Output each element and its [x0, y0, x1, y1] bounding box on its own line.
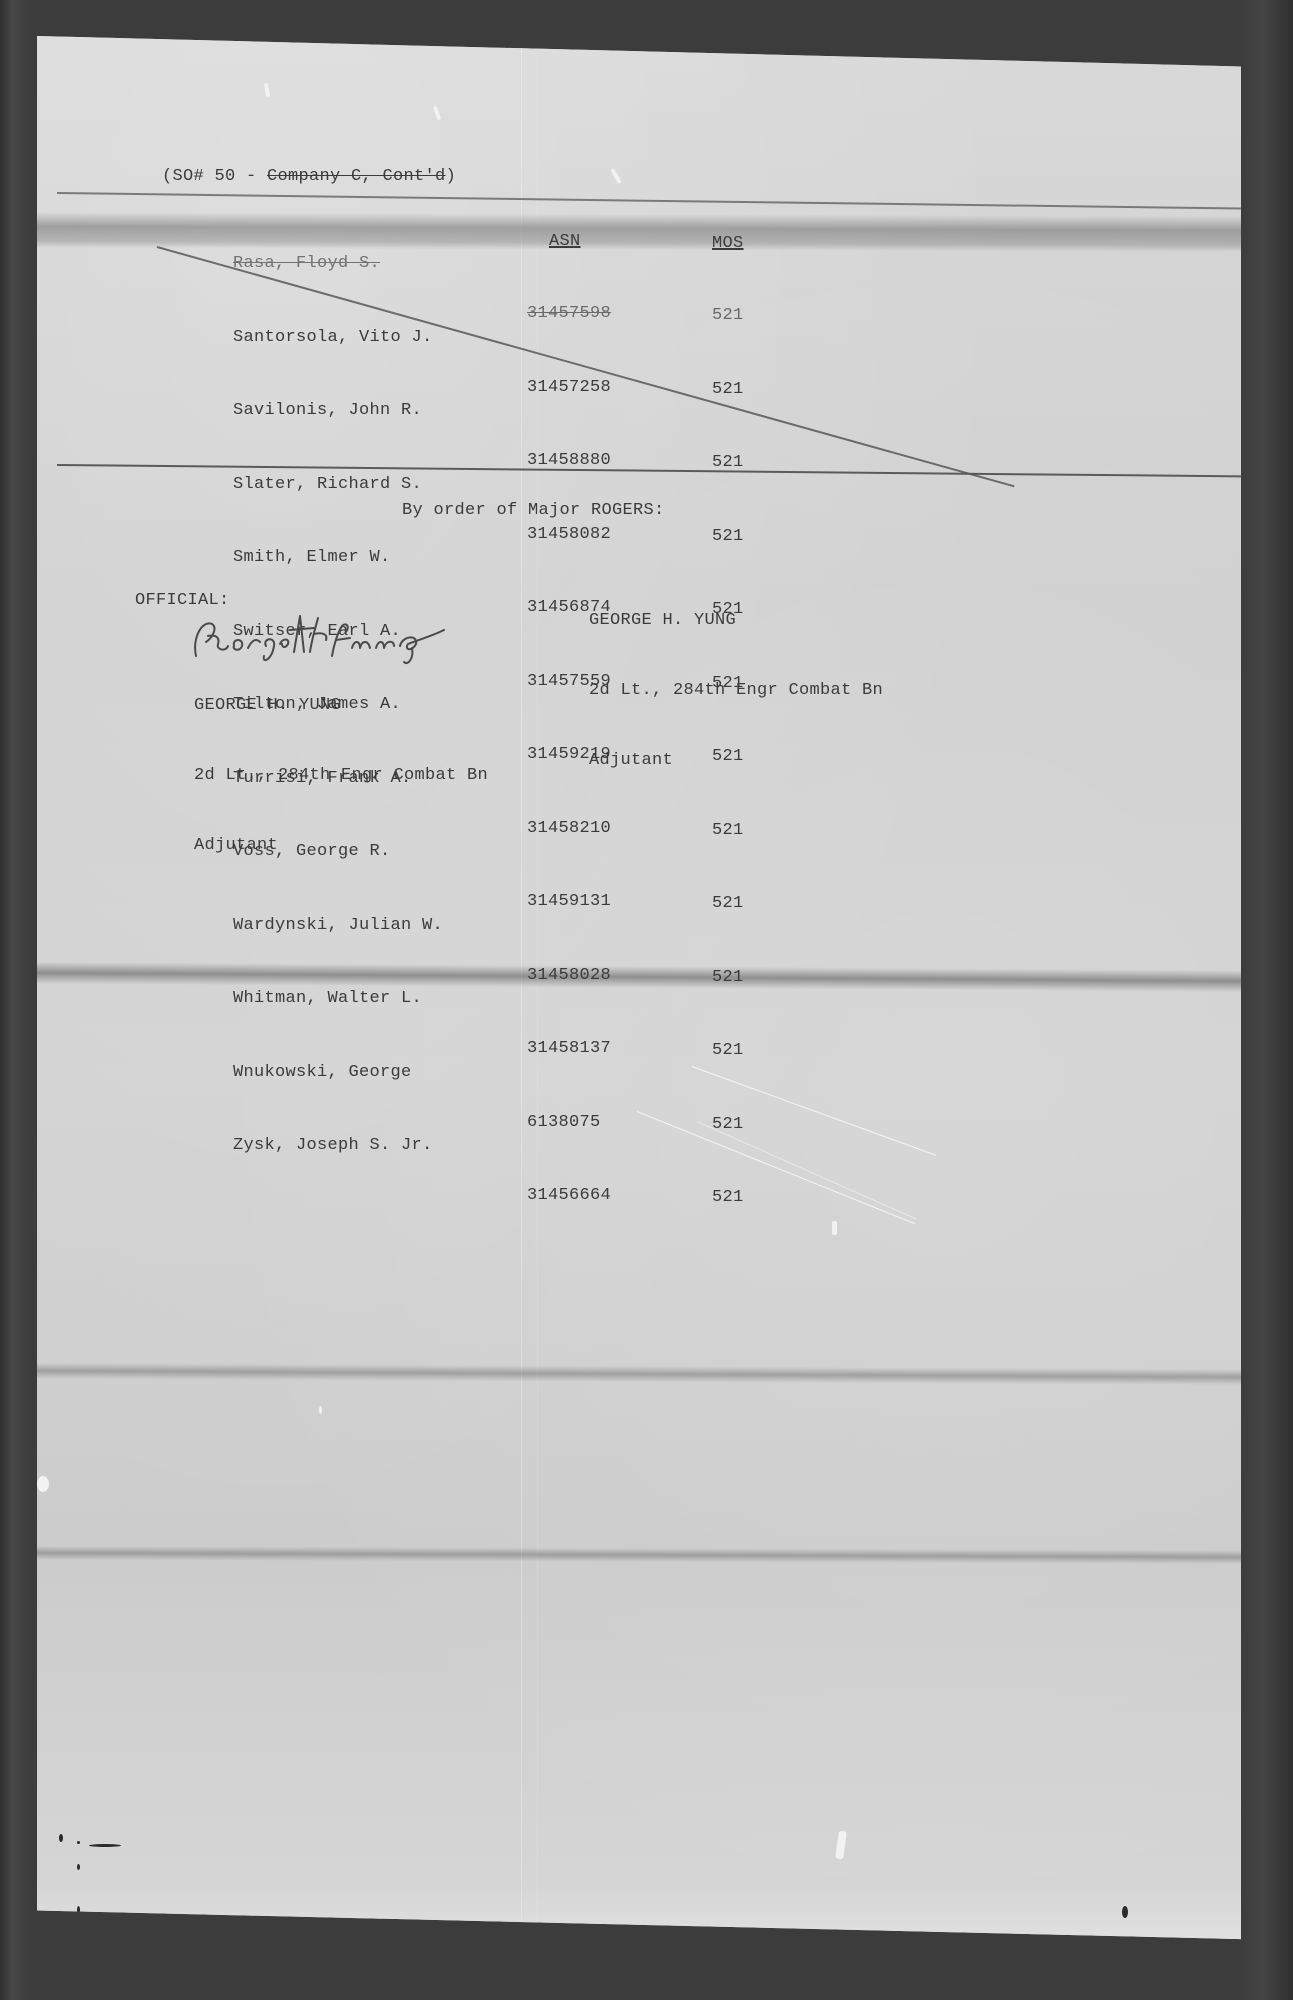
table-row-mos: 521	[712, 1186, 754, 1211]
table-row-name: Santorsola, Vito J.	[233, 326, 443, 351]
film-dust	[37, 1476, 49, 1492]
table-row-mos: 521	[712, 525, 754, 550]
table-row-mos: 521	[712, 1039, 754, 1064]
table-row-mos: 521	[712, 966, 754, 991]
signer-title: Adjutant	[589, 750, 883, 771]
film-scratch-vertical	[521, 36, 522, 1941]
document-page: (SO# 50 - Company C, Cont'd) Rasa, Floyd…	[37, 36, 1241, 1941]
official-signer-name: GEORGE H. YUNG	[194, 695, 488, 716]
heading-struck-text: Company C, Cont'd	[267, 167, 446, 186]
table-row-name: Slater, Richard S.	[233, 473, 443, 498]
order-line: By order of Major ROGERS:	[402, 499, 665, 524]
signer-rank-unit: 2d Lt., 284th Engr Combat Bn	[589, 680, 883, 701]
signer-name: GEORGE H. YUNG	[589, 610, 883, 631]
document-heading: (SO# 50 - Company C, Cont'd)	[162, 165, 456, 190]
film-dust	[1122, 1906, 1128, 1918]
table-row-asn: 31456664	[527, 1184, 611, 1209]
table-row-asn: 31458210	[527, 817, 611, 842]
table-row-asn: 31458028	[527, 964, 611, 989]
table-row-name: Smith, Elmer W.	[233, 546, 443, 571]
official-signer-title: Adjutant	[194, 835, 488, 856]
heading-prefix: (SO# 50 -	[162, 167, 267, 186]
table-row-name: Wardynski, Julian W.	[233, 914, 443, 939]
film-dust	[77, 1864, 80, 1870]
table-row-name: Savilonis, John R.	[233, 399, 443, 424]
table-row-mos: 521	[712, 1113, 754, 1138]
table-row-asn: 31457258	[527, 376, 611, 401]
official-signer-rank-unit: 2d Lt., 284th Engr Combat Bn	[194, 765, 488, 786]
paper-texture	[37, 36, 1241, 1941]
film-dust	[89, 1844, 121, 1847]
table-row-asn: 31457598	[527, 302, 611, 327]
asn-column-header: ASN	[527, 231, 611, 253]
signature-block-left: GEORGE H. YUNG 2d Lt., 284th Engr Combat…	[194, 646, 488, 905]
table-row-name: Zysk, Joseph S. Jr.	[233, 1134, 443, 1159]
table-row-name: Wnukowski, George	[233, 1061, 443, 1086]
film-dust	[832, 1221, 837, 1235]
table-row-name: Rasa, Floyd S.	[233, 252, 443, 277]
film-dust	[59, 1834, 63, 1842]
mos-column-header: MOS	[712, 233, 754, 255]
table-row-asn: 6138075	[527, 1111, 611, 1136]
signature-block-right: GEORGE H. YUNG 2d Lt., 284th Engr Combat…	[589, 561, 883, 820]
table-row-mos: 521	[712, 892, 754, 917]
table-row-asn: 31458137	[527, 1037, 611, 1062]
table-row-name: Whitman, Walter L.	[233, 987, 443, 1012]
table-row-mos: 521	[712, 304, 754, 329]
table-row-asn: 31458082	[527, 523, 611, 548]
film-dust	[319, 1406, 322, 1414]
table-row-mos: 521	[712, 378, 754, 403]
film-dust	[77, 1841, 80, 1844]
heading-suffix: )	[446, 167, 457, 186]
table-row-mos: 521	[712, 819, 754, 844]
table-row-asn: 31459131	[527, 890, 611, 915]
